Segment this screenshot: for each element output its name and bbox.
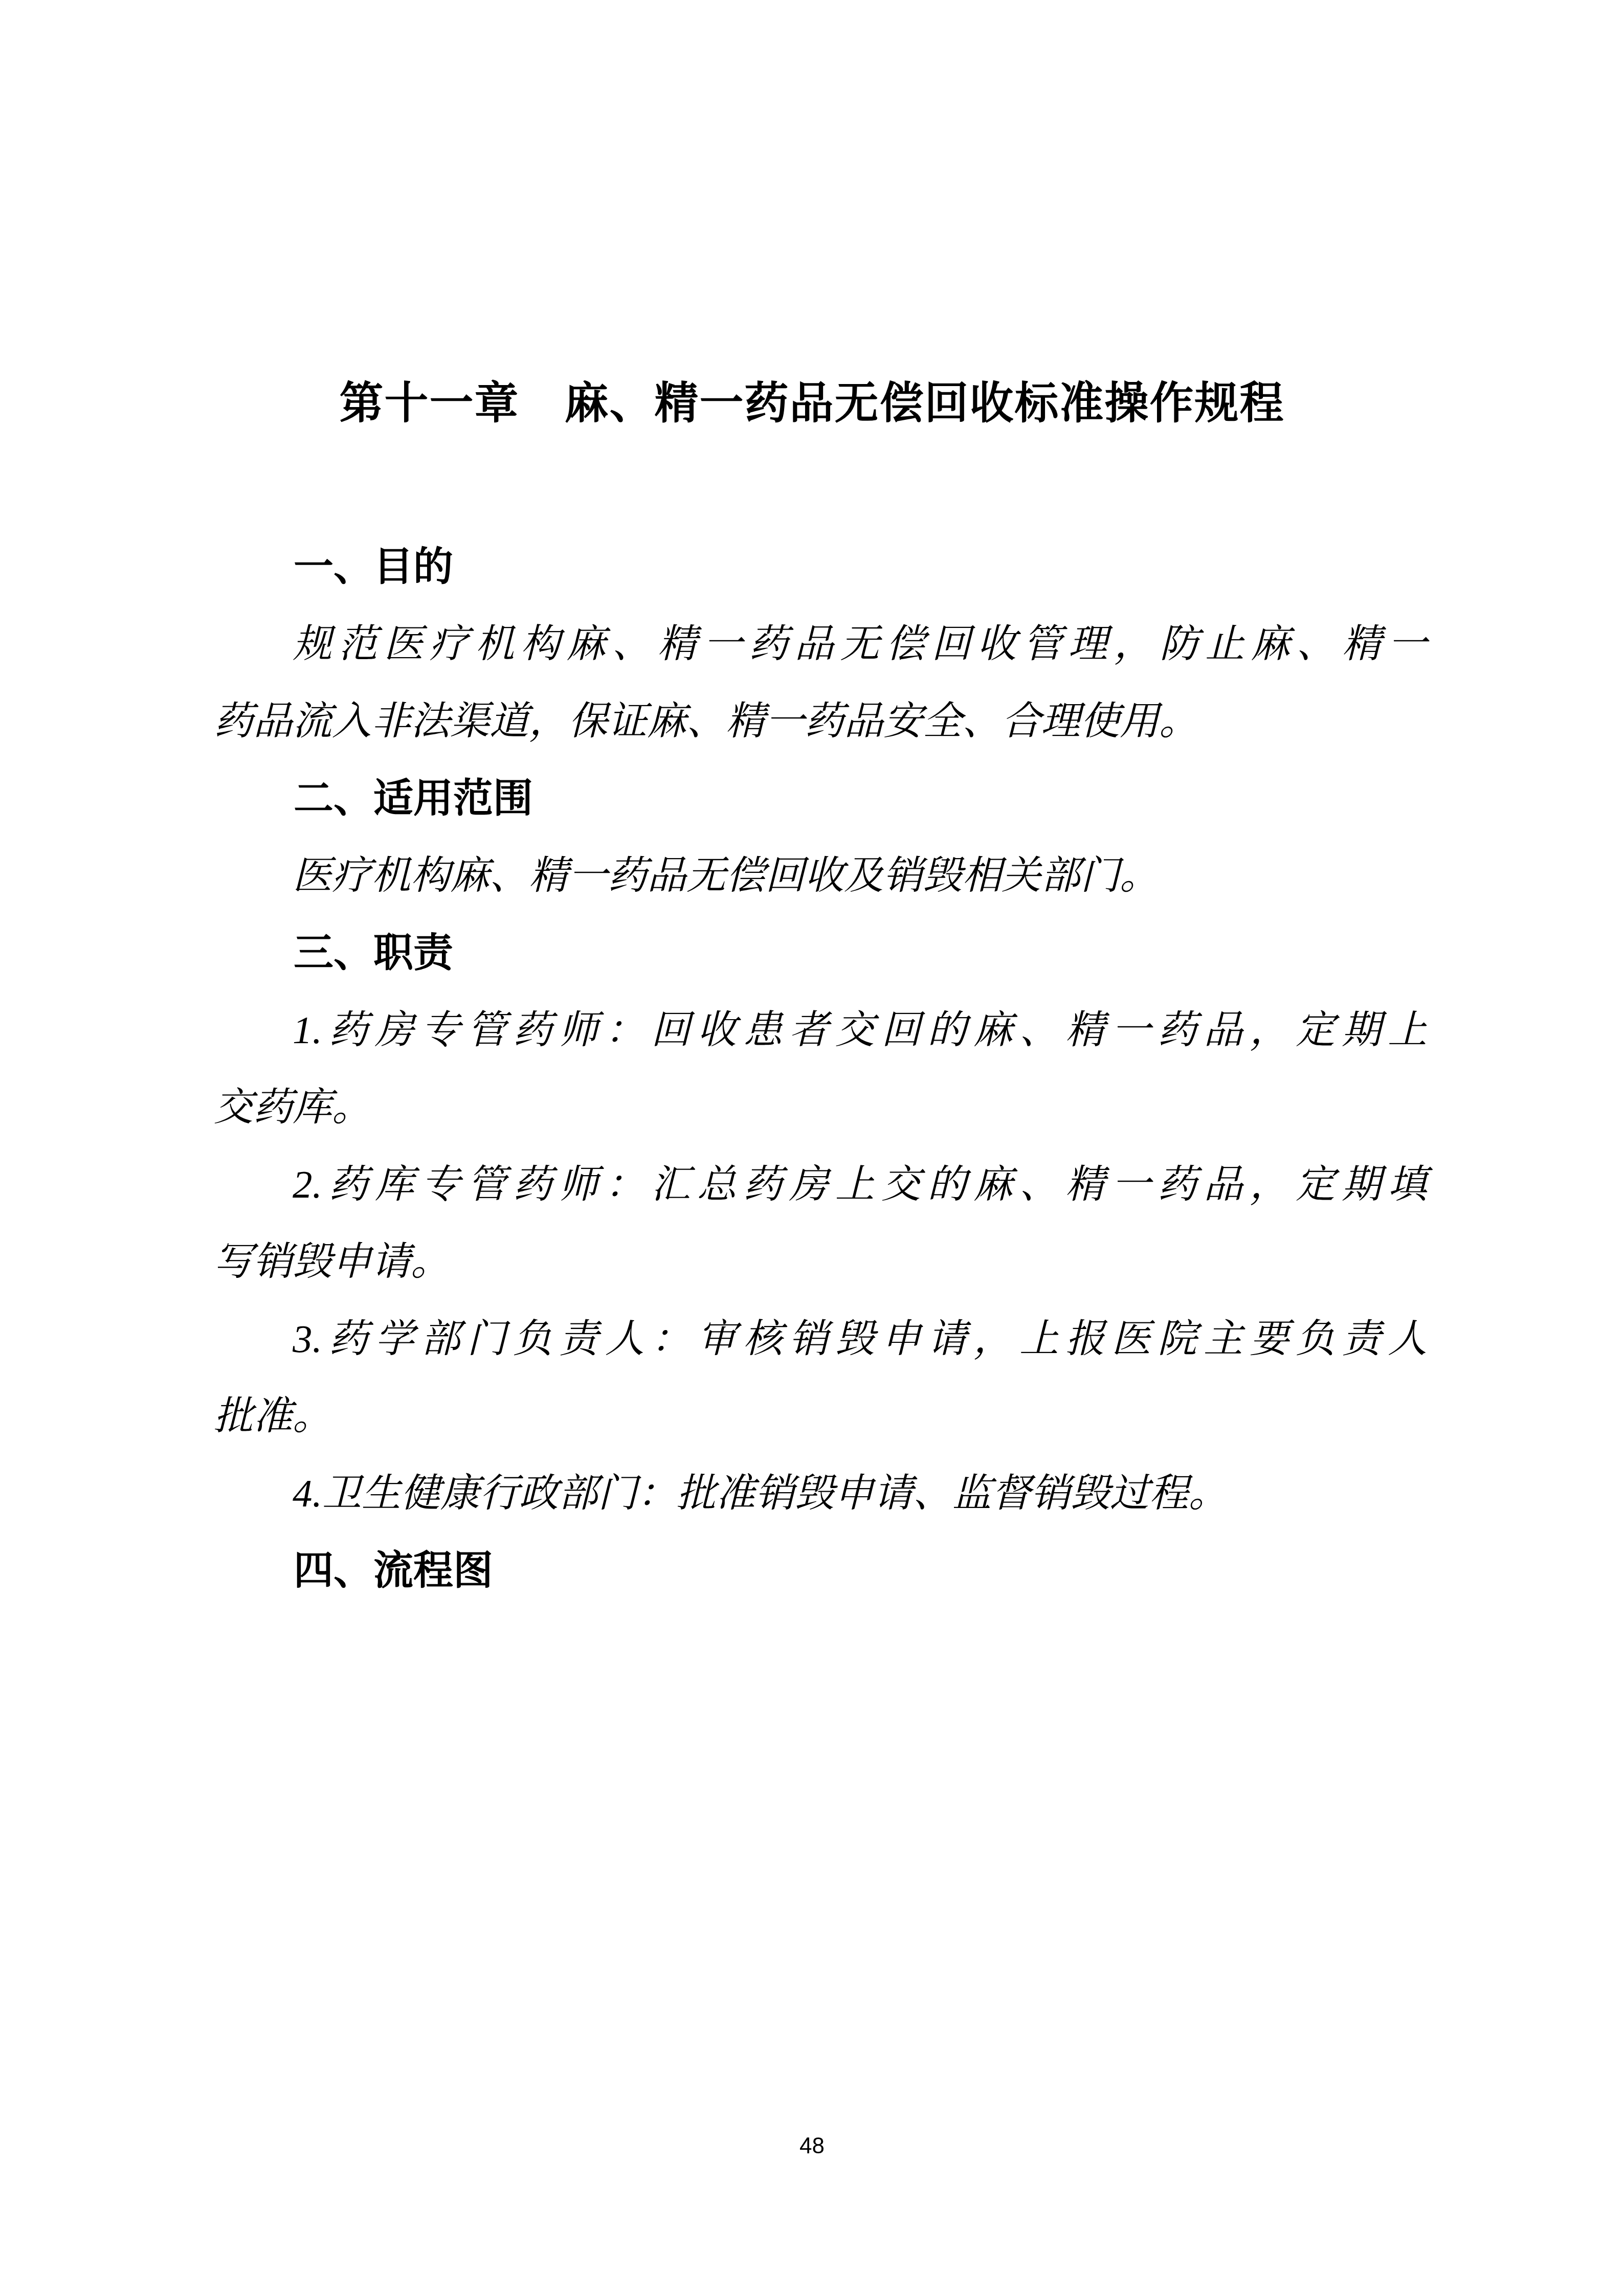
body-line: 2.药库专管药师：汇总药房上交的麻、精一药品，定期填: [214, 1146, 1427, 1223]
body-line: 医疗机构麻、精一药品无偿回收及销毁相关部门。: [214, 837, 1427, 914]
body-line: 药品流入非法渠道，保证麻、精一药品安全、合理使用。: [214, 683, 1427, 760]
section-heading-flowchart: 四、流程图: [214, 1532, 1427, 1609]
body-line: 3.药学部门负责人：审核销毁申请，上报医院主要负责人: [214, 1300, 1427, 1378]
body-line: 交药库。: [214, 1069, 1427, 1146]
section-heading-scope: 二、适用范围: [214, 760, 1427, 837]
page-number: 48: [0, 2133, 1624, 2159]
chapter-title: 第十一章 麻、精一药品无偿回收标准操作规程: [0, 0, 1624, 430]
section-heading-responsibilities: 三、职责: [214, 914, 1427, 992]
body-line: 4.卫生健康行政部门：批准销毁申请、监督销毁过程。: [214, 1455, 1427, 1532]
body-line: 1.药房专管药师：回收患者交回的麻、精一药品，定期上: [214, 992, 1427, 1069]
body-line: 批准。: [214, 1378, 1427, 1455]
body-line: 规范医疗机构麻、精一药品无偿回收管理，防止麻、精一: [214, 605, 1427, 683]
document-page: 第十一章 麻、精一药品无偿回收标准操作规程 一、目的 规范医疗机构麻、精一药品无…: [0, 0, 1624, 2296]
document-body: 一、目的 规范医疗机构麻、精一药品无偿回收管理，防止麻、精一 药品流入非法渠道，…: [214, 528, 1427, 1609]
body-line: 写销毁申请。: [214, 1223, 1427, 1300]
section-heading-purpose: 一、目的: [214, 528, 1427, 605]
